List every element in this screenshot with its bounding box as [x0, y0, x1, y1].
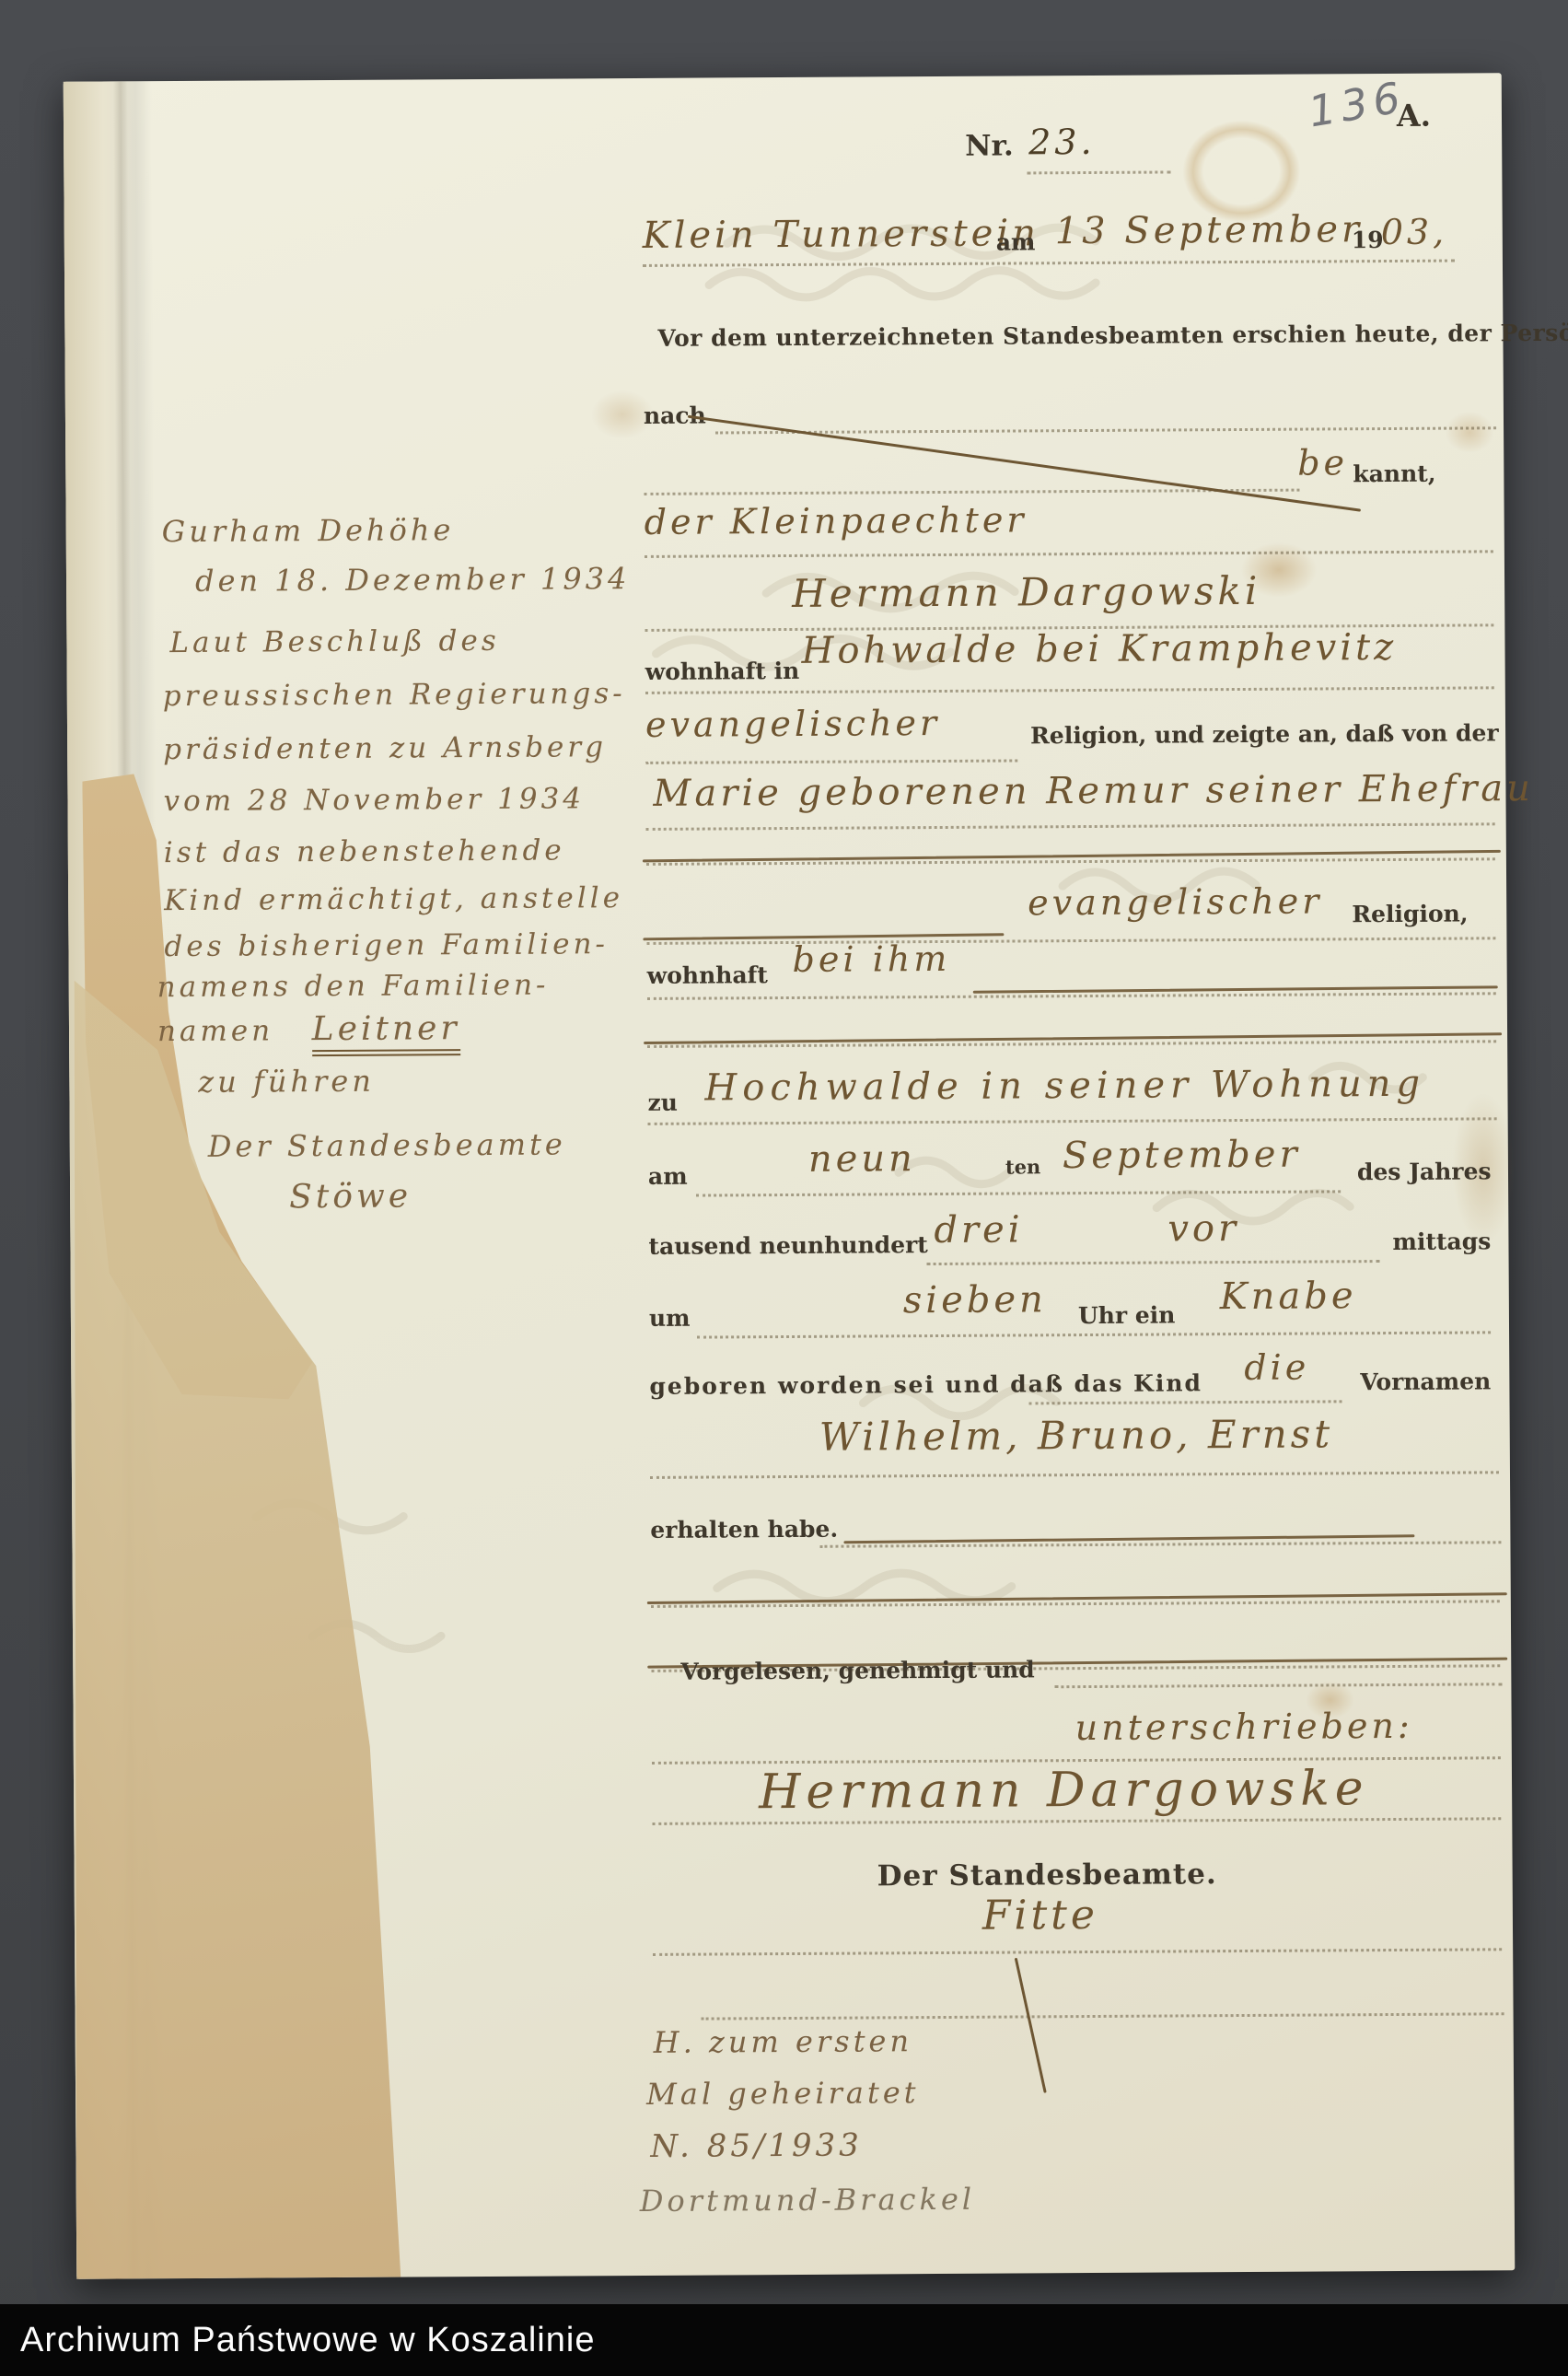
margin-place: Gurham Dehöhe [162, 512, 455, 549]
sex-entry: Knabe [1220, 1275, 1357, 1318]
ruled-line [927, 1260, 1380, 1265]
day-entry: neun [808, 1137, 916, 1181]
record-number-label: Nr. [965, 129, 1014, 162]
ruled-line [647, 992, 1496, 1000]
vorgelesen-label: Vorgelesen, genehmigt und [680, 1656, 1035, 1684]
bottom-note-line1: H. zum ersten [654, 2023, 913, 2060]
ruled-line [645, 686, 1494, 694]
year-entry: 03, [1381, 212, 1448, 252]
ruled-line [648, 1117, 1497, 1125]
margin-line: des bisherigen Familien- [164, 927, 609, 963]
declarant-signature: Hermann Dargowske [759, 1761, 1369, 1820]
residence-entry: Hohwalde bei Kramphevitz [801, 626, 1397, 672]
margin-line: namens den Familien- [157, 969, 550, 1005]
ruled-line [645, 759, 1017, 763]
ruled-line [715, 426, 1496, 434]
archive-watermark-bar: Archiwum Państwowe w Koszalinie [0, 2304, 1568, 2376]
wohnhaft2-entry: bei ihm [792, 938, 950, 980]
religion2-label: Religion, [1352, 900, 1468, 927]
erhalten-label: erhalten habe. [650, 1516, 838, 1543]
ruled-line [702, 2012, 1504, 2020]
am-label: am [996, 228, 1036, 255]
margin-closing2: Der Standesbeamte [208, 1126, 566, 1163]
ruled-line [643, 260, 1455, 267]
margin-name-prefix: namen [157, 1014, 273, 1048]
bottom-note-line3: N. 85/1933 [650, 2127, 863, 2165]
stain-spot [1437, 404, 1502, 460]
ruled-line [645, 550, 1493, 558]
pencil-folio-number: 136 [1305, 72, 1409, 136]
zu-label: zu [647, 1089, 678, 1116]
margin-signature: Stöwe [289, 1178, 412, 1217]
bottom-note-line2: Mal geheiratet [646, 2075, 920, 2112]
archive-name: Archiwum Państwowe w Koszalinie [20, 2304, 595, 2376]
die-entry: die [1244, 1347, 1309, 1388]
record-number-value: 23. [1028, 122, 1096, 162]
ruled-line [646, 822, 1495, 831]
margin-line: preussischen Regierungs- [163, 677, 626, 713]
ruled-line [653, 1948, 1502, 1956]
margin-line: ist das nebenstehende [164, 833, 565, 869]
place-entry: Klein Tunnerstein [643, 212, 1040, 257]
ruled-line [1054, 1683, 1502, 1688]
ruled-line [696, 1190, 1341, 1196]
religion1-label: Religion, und zeigte an, daß von der [1030, 719, 1499, 749]
wohnhaft-in-label: wohnhaft in [645, 658, 800, 685]
mother-entry: Marie geborenen Remur seiner Ehefrau [653, 767, 1534, 815]
month-entry: September [1063, 1134, 1301, 1178]
margin-name-line: namen Leitner [157, 1009, 460, 1049]
ruled-line [697, 1331, 1491, 1338]
geboren-label: geboren worden sei und daß das Kind [649, 1369, 1202, 1400]
religion1-entry: evangelischer [645, 703, 940, 745]
margin-line: präsidenten zu Arnsberg [163, 730, 607, 766]
am2-label: am [648, 1163, 688, 1190]
margin-line: vom 28 November 1934 [163, 782, 585, 818]
wohnhaft-label: wohnhaft [647, 961, 768, 989]
given-names-entry: Wilhelm, Bruno, Ernst [819, 1411, 1334, 1459]
um-label: um [649, 1305, 691, 1332]
bleed-through-ghost-writing [64, 73, 1516, 2278]
be-entry: be [1297, 442, 1348, 483]
corner-letter: A. [1397, 98, 1431, 134]
year-word-entry: drei [934, 1208, 1023, 1252]
tausend-label: tausend neunhundert [648, 1231, 928, 1260]
ruled-line [650, 1471, 1499, 1479]
mittags-label: mittags [1392, 1228, 1491, 1255]
margin-line: Kind ermächtigt, anstelle [164, 881, 623, 917]
year-prefix: 19 [1352, 227, 1384, 253]
scanned-document-photo: 136 A. Nr. 23. Klein Tunnerstein am 13 S… [0, 0, 1568, 2376]
unterschrieben-entry: unterschrieben: [1075, 1706, 1413, 1748]
registrar-signature: Fitte [982, 1892, 1098, 1939]
ruled-line [1029, 1400, 1342, 1404]
vornamen-label: Vornamen [1360, 1368, 1491, 1395]
registrar-title: Der Standesbeamte. [877, 1858, 1217, 1893]
kannt-label: kannt, [1353, 460, 1435, 488]
birthplace-entry: Hochwalde in seiner Wohnung [704, 1063, 1425, 1110]
ruled-line [1027, 170, 1170, 174]
stray-pen-stroke [1015, 1958, 1047, 2093]
ten-label: ten [1005, 1155, 1040, 1178]
margin-family-name: Leitner [312, 1009, 460, 1056]
margin-closing1: zu führen [198, 1064, 375, 1100]
margin-line: Laut Beschluß des [169, 624, 499, 659]
des-jahres-label: des Jahres [1357, 1158, 1492, 1185]
uhr-ein-label: Uhr ein [1078, 1301, 1176, 1329]
declarant-name-entry: Hermann Dargowski [792, 568, 1261, 616]
hour-entry: sieben [903, 1278, 1047, 1322]
margin-date: den 18. Dezember 1934 [195, 561, 631, 599]
religion2-entry: evangelischer [1028, 880, 1322, 923]
occupation-entry: der Kleinpaechter [645, 499, 1028, 542]
date-entry: 13 September [1055, 208, 1364, 252]
bottom-note-line4: Dortmund-Brackel [640, 2182, 976, 2219]
registry-form-page: 136 A. Nr. 23. Klein Tunnerstein am 13 S… [64, 73, 1516, 2278]
vormittag-entry: vor [1167, 1207, 1239, 1250]
intro-text: Vor dem unterzeichneten Standesbeamten e… [657, 319, 1568, 352]
